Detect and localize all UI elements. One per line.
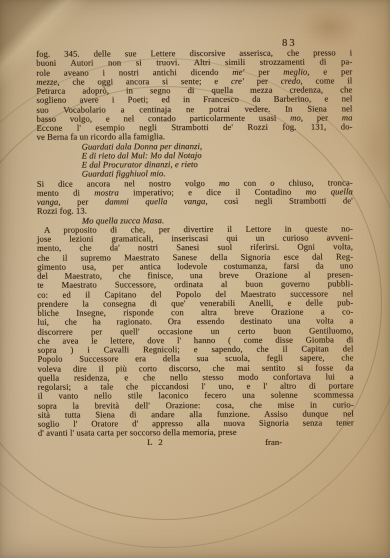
catchword: fran- — [265, 437, 282, 447]
text-block: fog. 345. delle sue Lettere discorsive a… — [36, 48, 354, 438]
signature-mark: L 2 — [147, 437, 165, 447]
text-line: d' avanti l' usata carta per soccorso de… — [38, 428, 354, 439]
paragraph: A proposito di che, per divertire il Let… — [37, 224, 354, 438]
paper-stain — [300, 8, 358, 46]
book-page-scan: 83 fog. 345. delle sue Lettere discorsiv… — [0, 0, 390, 558]
paragraph: Si dice ancora nel nostro volgo mo con o… — [37, 178, 353, 216]
paper-stain — [352, 110, 390, 190]
verse-quote: Guardati dala Donna per dinanzi,E di rie… — [82, 141, 353, 179]
paragraph: fog. 345. delle sue Lettere discorsive a… — [36, 48, 352, 142]
